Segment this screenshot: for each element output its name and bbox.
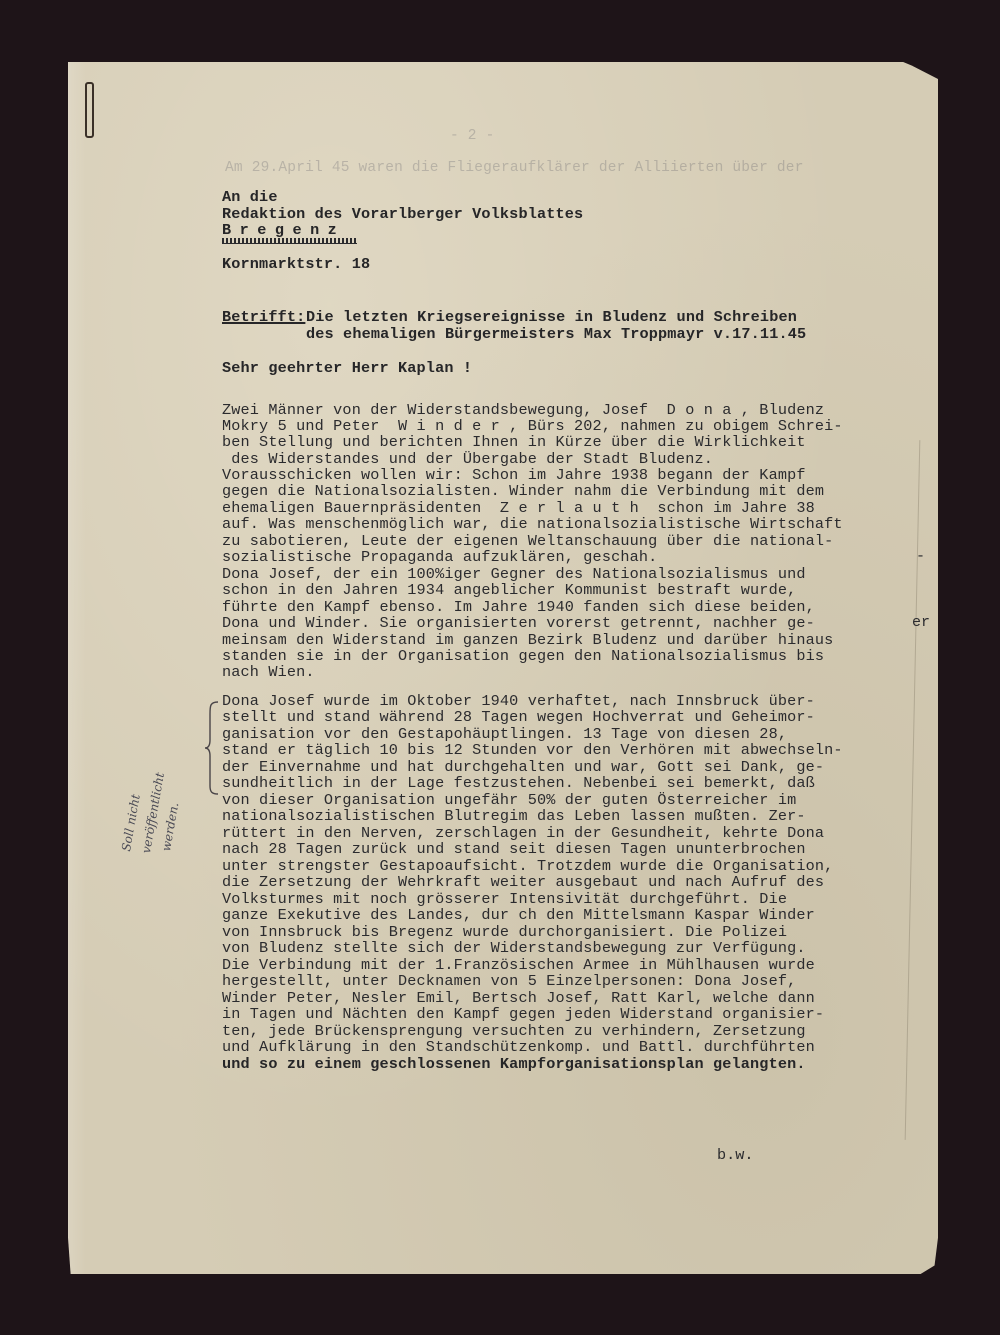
body-line: unter strengster Gestapoaufsicht. Trotzd… bbox=[222, 858, 833, 874]
body-line: sozialistische Propaganda aufzuklären, g… bbox=[222, 549, 657, 565]
address-underline bbox=[222, 238, 357, 244]
body-line: Volksturmes mit noch grösserer Intensivi… bbox=[222, 891, 787, 907]
body-line: stellt und stand während 28 Tagen wegen … bbox=[222, 709, 815, 725]
bleed-through-text: - 2 - Am 29.April 45 waren die Fliegerau… bbox=[225, 128, 925, 177]
body-line: sundheitlich in der Lage festzustehen. N… bbox=[222, 775, 815, 791]
body-line: ehemaligen Bauernpräsidenten Z e r l a u… bbox=[222, 500, 815, 516]
body-line: zu sabotieren, Leute der eigenen Weltans… bbox=[222, 533, 833, 549]
body-line: nach Wien. bbox=[222, 664, 315, 680]
body-line: auf. Was menschenmöglich war, die nation… bbox=[222, 516, 843, 532]
body-line: nationalsozialistischen Blutregim das Le… bbox=[222, 808, 806, 824]
body-line: ten, jede Brückensprengung versuchten zu… bbox=[222, 1023, 806, 1039]
address-line-1: An die bbox=[222, 189, 278, 205]
body-line: Die Verbindung mit der 1.Französischen A… bbox=[222, 957, 815, 973]
handwritten-margin-note: Soll nicht veröffentlicht werden. bbox=[117, 700, 177, 850]
document-page bbox=[68, 62, 938, 1274]
body-line: führte den Kampf ebenso. Im Jahre 1940 f… bbox=[222, 599, 815, 615]
address-recipient: Redaktion des Vorarlberger Volksblattes bbox=[222, 206, 583, 222]
body-line: Zwei Männer von der Widerstandsbewegung,… bbox=[222, 402, 824, 418]
body-line: von dieser Organisation ungefähr 50% der… bbox=[222, 792, 796, 808]
body-line: meinsam den Widerstand im ganzen Bezirk … bbox=[222, 632, 833, 648]
body-line: gegen die Nationalsozialisten. Winder na… bbox=[222, 483, 824, 499]
staple-icon bbox=[85, 82, 94, 138]
body-line: standen sie in der Organisation gegen de… bbox=[222, 648, 824, 664]
body-line: schon in den Jahren 1934 angeblicher Kom… bbox=[222, 582, 796, 598]
closing-mark: b.w. bbox=[717, 1146, 753, 1164]
salutation: Sehr geehrter Herr Kaplan ! bbox=[222, 360, 472, 376]
note-line-1: Soll nicht bbox=[119, 793, 143, 852]
body-line: hergestellt, unter Decknamen von 5 Einze… bbox=[222, 973, 796, 989]
body-line: von Innsbruck bis Bregenz wurde durchorg… bbox=[222, 924, 787, 940]
body-line: und so zu einem geschlossenen Kampforgan… bbox=[222, 1056, 806, 1072]
brace-icon bbox=[204, 700, 220, 796]
body-line: und Aufklärung in den Standschützenkomp.… bbox=[222, 1039, 815, 1055]
bleed-page-marker: - 2 - bbox=[450, 128, 495, 144]
bleed-first-line: Am 29.April 45 waren die Fliegeraufkläre… bbox=[225, 160, 804, 176]
body-line: in Tagen und Nächten den Kampf gegen jed… bbox=[222, 1006, 824, 1022]
body-line: der Einvernahme und hat durchgehalten un… bbox=[222, 759, 824, 775]
body-line: Dona Josef, der ein 100%iger Gegner des … bbox=[222, 566, 806, 582]
body-line: Vorausschicken wollen wir: Schon im Jahr… bbox=[222, 467, 806, 483]
margin-stray-text: er bbox=[912, 614, 930, 631]
address-street: Kornmarktstr. 18 bbox=[222, 256, 370, 272]
body-line: die Zersetzung der Wehrkraft weiter ausg… bbox=[222, 874, 824, 890]
body-line: Winder Peter, Nesler Emil, Bertsch Josef… bbox=[222, 990, 815, 1006]
subject-line-1: Die letzten Kriegsereignisse in Bludenz … bbox=[306, 309, 797, 325]
body-line: ganisation vor den Gestapohäuptlingen. 1… bbox=[222, 726, 787, 742]
body-line: des Widerstandes und der Übergabe der St… bbox=[222, 451, 713, 467]
body-line: von Bludenz stellte sich der Widerstands… bbox=[222, 940, 806, 956]
body-line: stand er täglich 10 bis 12 Stunden vor d… bbox=[222, 742, 843, 758]
body-line: rüttert in den Nerven, zerschlagen in de… bbox=[222, 825, 824, 841]
body-line: ben Stellung und berichten Ihnen in Kürz… bbox=[222, 434, 806, 450]
body-line: nach 28 Tagen zurück und stand seit dies… bbox=[222, 841, 806, 857]
body-line: ganze Exekutive des Landes, dur ch den M… bbox=[222, 907, 815, 923]
margin-stray-hyphen: - bbox=[916, 548, 925, 565]
subject-line-2: des ehemaligen Bürgermeisters Max Troppm… bbox=[306, 326, 806, 342]
address-city: Bregenz bbox=[222, 222, 345, 238]
subject-label: Betrifft: bbox=[222, 309, 305, 325]
body-line: Mokry 5 und Peter W i n d e r , Bürs 202… bbox=[222, 418, 843, 434]
body-line: Dona Josef wurde im Oktober 1940 verhaft… bbox=[222, 693, 815, 709]
body-line: Dona und Winder. Sie organisierten vorer… bbox=[222, 615, 815, 631]
